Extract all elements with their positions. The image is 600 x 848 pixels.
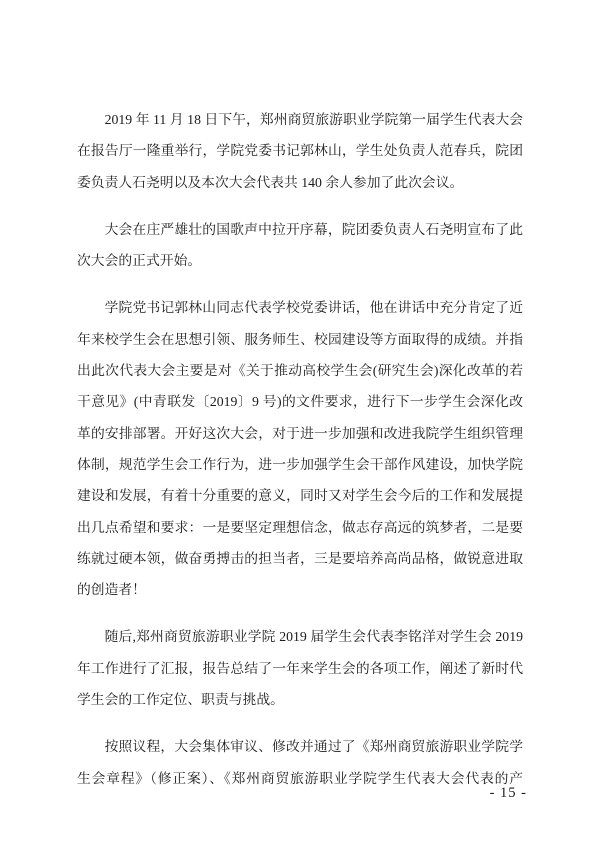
text-line: 委负责人石尧明以及本次大会代表共 140 余人参加了此次会议。 [77, 167, 523, 198]
text-line: 的创造者！ [77, 574, 523, 605]
text-line: 学院党书记郭林山同志代表学校党委讲话，他在讲话中充分肯定了近 [77, 292, 523, 323]
text-line: 建设和发展，有着十分重要的意义，同时又对学生会今后的工作和发展提 [77, 480, 523, 511]
text-line: 年工作进行了汇报，报告总结了一年来学生会的各项工作，阐述了新时代 [77, 653, 523, 684]
text-line: 练就过硬本领，做奋勇搏击的担当者，三是要培养高尚品格，做锐意进取 [77, 543, 523, 574]
text-line: 按照议程，大会集体审议、修改并通过了《郑州商贸旅游职业学院学 [77, 731, 523, 762]
text-line: 随后,郑州商贸旅游职业学院 2019 届学生会代表李铭洋对学生会 2019 [77, 621, 523, 652]
text-line: 出几点希望和要求：一是要坚定理想信念，做志存高远的筑梦者，二是要 [77, 512, 523, 543]
text-line: 大会在庄严雄壮的国歌声中拉开序幕，院团委负责人石尧明宣布了此 [77, 214, 523, 245]
text-line: 生会章程》（修正案）、《郑州商贸旅游职业学院学生代表大会代表的产 [77, 763, 523, 794]
document-page: 2019 年 11 月 18 日下午，郑州商贸旅游职业学院第一届学生代表大会 在… [0, 0, 600, 848]
text-line: 革的安排部署。开好这次大会，对于进一步加强和改进我院学生组织管理 [77, 418, 523, 449]
document-body: 2019 年 11 月 18 日下午，郑州商贸旅游职业学院第一届学生代表大会 在… [77, 104, 523, 810]
page-number: - 15 - [490, 785, 527, 801]
text-line: 出此次代表大会主要是对《关于推动高校学生会(研究生会)深化改革的若 [77, 355, 523, 386]
text-line: 学生会的工作定位、职责与挑战。 [77, 684, 523, 715]
text-line: 体制，规范学生会工作行为，进一步加强学生会干部作风建设，加快学院 [77, 449, 523, 480]
text-line: 年来校学生会在思想引领、服务师生、校园建设等方面取得的成绩。并指 [77, 324, 523, 355]
text-line: 次大会的正式开始。 [77, 245, 523, 276]
text-line: 在报告厅一隆重举行，学院党委书记郭林山，学生处负责人范春兵，院团 [77, 135, 523, 166]
text-line: 干意见》(中青联发〔2019〕9 号)的文件要求，进行下一步学生会深化改 [77, 386, 523, 417]
text-line: 2019 年 11 月 18 日下午，郑州商贸旅游职业学院第一届学生代表大会 [77, 104, 523, 135]
